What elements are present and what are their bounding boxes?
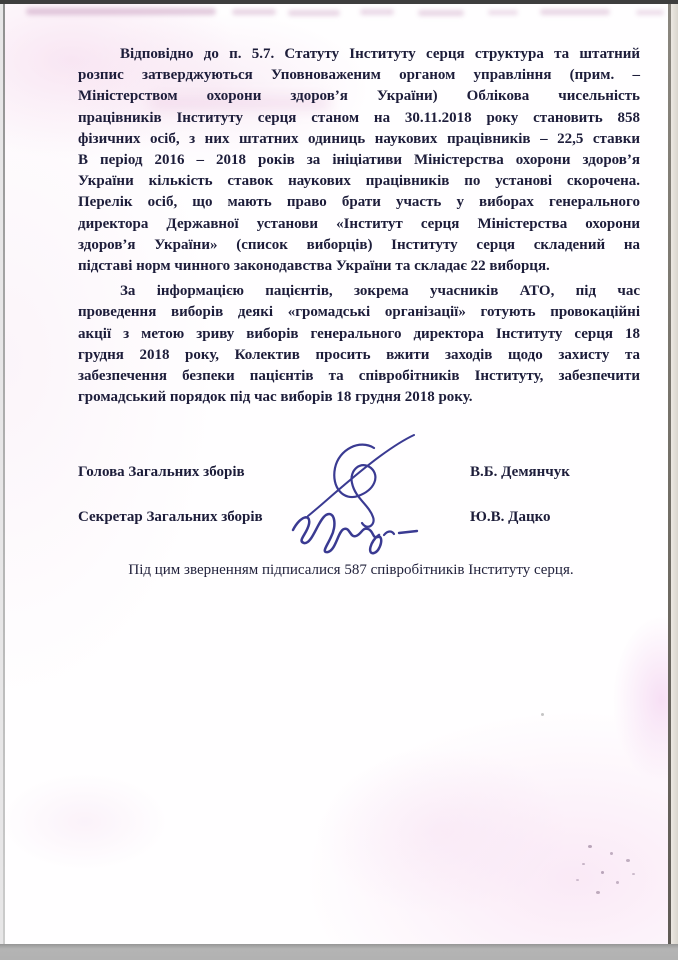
- scan-smudge: [540, 9, 610, 15]
- scan-edge-right-line: [668, 4, 671, 944]
- ink-speckle: [626, 859, 630, 862]
- body-line: фізичних осіб, з них штатних одиниць нау…: [78, 129, 640, 150]
- body-line: розпис затверджуються Уповноваженим орга…: [78, 65, 640, 86]
- ink-speckle: [596, 891, 600, 894]
- body-line: За інформацією пацієнтів, зокрема учасни…: [78, 281, 640, 302]
- paragraph-2: За інформацією пацієнтів, зокрема учасни…: [78, 281, 640, 408]
- ink-speckle: [582, 863, 585, 865]
- signature-demyanchuk-loop: [334, 445, 375, 527]
- body-line: здоров’я України» (список виборців) Інст…: [78, 235, 640, 256]
- body-line: працівників Інституту серця станом на 30…: [78, 108, 640, 129]
- scan-smudge: [288, 10, 340, 16]
- scan-edge-right: [671, 4, 678, 944]
- ink-speckle: [610, 852, 613, 855]
- body-line: громадський порядок під час виборів 18 г…: [78, 387, 640, 408]
- body-line: підставі норм чинного законодавства Укра…: [78, 256, 640, 277]
- scan-smudge: [360, 9, 394, 15]
- signatory-name-chairman: В.Б. Демянчук: [470, 464, 570, 481]
- ink-speckle: [632, 873, 635, 875]
- document-body: Відповідно до п. 5.7. Статуту Інституту …: [78, 44, 640, 408]
- ink-speckle: [576, 879, 579, 881]
- scan-edge-bottom: [0, 944, 678, 960]
- scanned-document-view: Відповідно до п. 5.7. Статуту Інституту …: [0, 0, 678, 960]
- body-line: грудня 2018 року, Колектив просить вжити…: [78, 345, 640, 366]
- signature-demyanchuk-stroke: [308, 435, 414, 516]
- ink-speckle: [601, 871, 604, 874]
- ink-speckle: [588, 845, 592, 848]
- body-line: В період 2016 – 2018 років за ініціативи…: [78, 150, 640, 171]
- body-line: директора Державної установи «Інститут с…: [78, 214, 640, 235]
- scan-smudge: [26, 8, 216, 15]
- signatory-name-secretary: Ю.В. Дацко: [470, 509, 551, 526]
- scan-edge-top: [0, 0, 678, 4]
- paragraph-1: Відповідно до п. 5.7. Статуту Інституту …: [78, 44, 640, 277]
- scan-smudge: [488, 10, 518, 15]
- body-line: Перелік осіб, що мають право брати участ…: [78, 192, 640, 213]
- scan-smudge: [636, 10, 664, 15]
- handwritten-signatures: [283, 424, 433, 559]
- signature-datsko-dash: [399, 531, 417, 533]
- ink-speckle: [541, 713, 544, 716]
- signature-datsko: [293, 514, 381, 553]
- body-line: акції з метою зриву виборів генерального…: [78, 324, 640, 345]
- body-line: забезпечення безпеки пацієнтів та співро…: [78, 366, 640, 387]
- ink-speckle: [616, 881, 619, 884]
- signature-role-secretary: Секретар Загальних зборів: [78, 509, 263, 526]
- body-line: проведення виборів деякі «громадські орг…: [78, 302, 640, 323]
- signature-datsko-tail: [384, 532, 394, 536]
- body-line: України кількість ставок наукових праців…: [78, 171, 640, 192]
- footer-note: Під цим зверненням підписалися 587 співр…: [70, 562, 632, 579]
- scan-edge-left-line: [3, 4, 5, 944]
- signature-role-chairman: Голова Загальних зборів: [78, 464, 245, 481]
- scan-smudge: [232, 9, 276, 15]
- scan-smudge: [418, 10, 464, 16]
- body-line: Відповідно до п. 5.7. Статуту Інституту …: [78, 44, 640, 65]
- body-line: Міністерством охорони здоров’я України) …: [78, 86, 640, 107]
